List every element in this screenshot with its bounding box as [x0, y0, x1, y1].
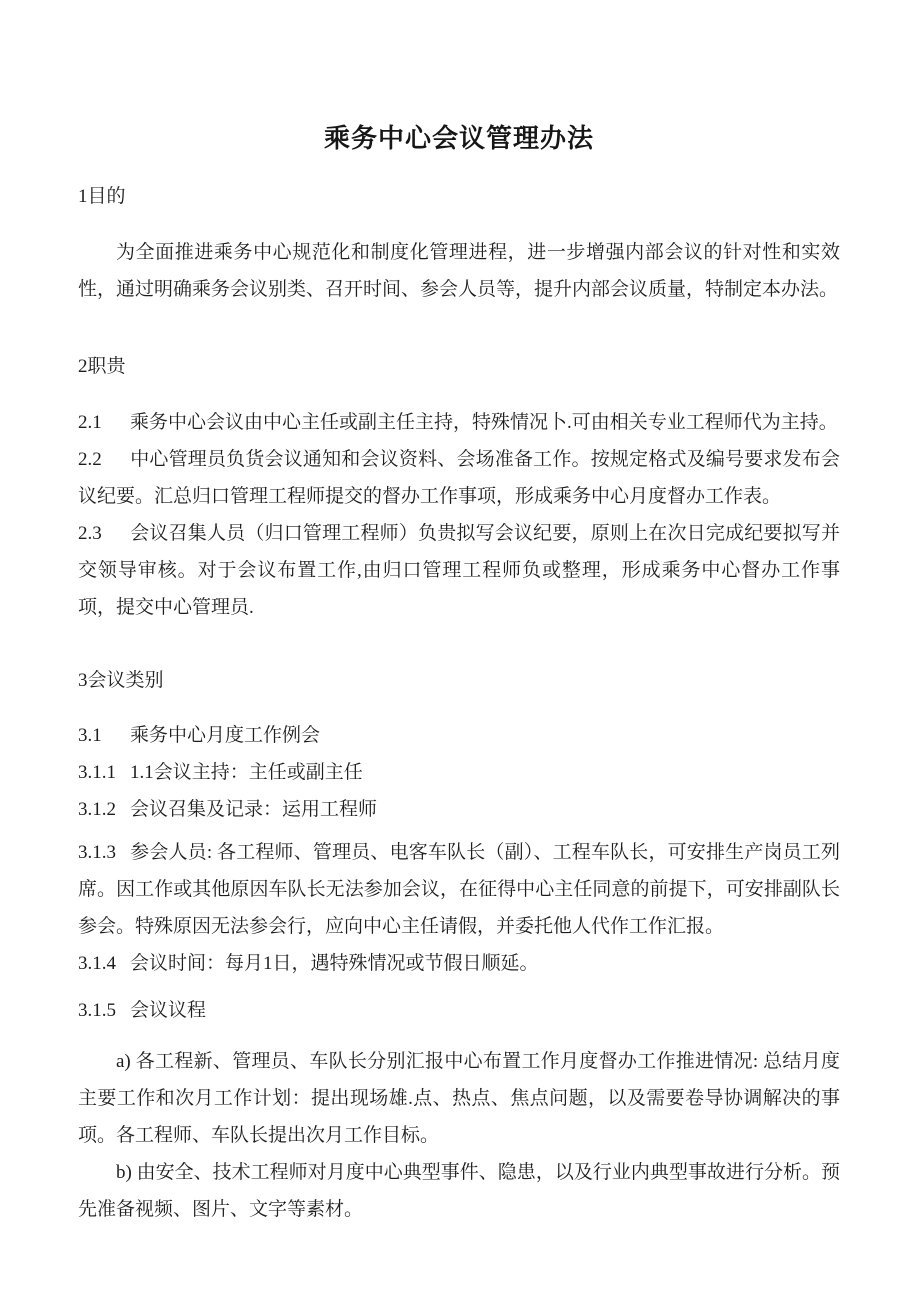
clause-number: 3.1.1 — [78, 754, 130, 791]
clause-text: 参会人员: 各工程师、管理员、电客车队长（副）、工程车队长，可安排生产岗员工列席… — [78, 842, 840, 937]
section-purpose: 1目的 为全面推进乘务中心规范化和制度化管理进程，进一步增强内部会议的针对性和实… — [78, 178, 840, 308]
clause-text: 1.1会议主持：主任或副主任 — [130, 762, 363, 783]
clause-number: 2.2 — [78, 441, 130, 478]
section-responsibilities: 2职贵 2.1乘务中心会议由中心主任或副主任主持，特殊情况卜.可由相关专业工程师… — [78, 348, 840, 626]
clause-text: 会议召集人员（归口管理工程师）负贵拟写会议纪要，原则上在次日完成纪要拟写并交领导… — [78, 523, 840, 618]
clause-text: 乘务中心月度工作例会 — [130, 725, 320, 746]
document-page: 乘务中心会议管理办法 1目的 为全面推进乘务中心规范化和制度化管理进程，进一步增… — [0, 0, 920, 1301]
section-heading-purpose: 1目的 — [78, 178, 840, 215]
clause-number: 3.1.5 — [78, 992, 130, 1029]
clause-3-1-4: 3.1.4会议时间：每月1日，遇特殊情况或节假日顺延。 — [78, 945, 840, 982]
clause-text: 中心管理员负货会议通知和会议资料、会场准备工作。按规定格式及编号要求发布会议纪要… — [78, 449, 840, 507]
clause-text: 会议召集及记录：运用工程师 — [130, 799, 377, 820]
clause-text: 乘务中心会议由中心主任或副主任主持，特殊情况卜.可由相关专业工程师代为主持。 — [130, 412, 838, 433]
list-paragraph-b: b) 由安全、技术工程师对月度中心典型事件、隐患，以及行业内典型事故进行分析。预… — [78, 1154, 840, 1228]
clause-number: 3.1.3 — [78, 834, 130, 871]
document-title: 乘务中心会议管理办法 — [78, 119, 840, 159]
clause-number: 2.1 — [78, 404, 130, 441]
clause-number: 2.3 — [78, 515, 130, 552]
clause-2-2: 2.2中心管理员负货会议通知和会议资料、会场准备工作。按规定格式及编号要求发布会… — [78, 441, 840, 515]
clause-number: 3.1.2 — [78, 791, 130, 828]
list-paragraph-a: a) 各工程新、管理员、车队长分别汇报中心布置工作月度督办工作推进情况: 总结月… — [78, 1043, 840, 1154]
clause-3-1: 3.1乘务中心月度工作例会 — [78, 717, 840, 754]
clause-3-1-3: 3.1.3参会人员: 各工程师、管理员、电客车队长（副）、工程车队长，可安排生产… — [78, 834, 840, 945]
body-paragraph: 为全面推进乘务中心规范化和制度化管理进程，进一步增强内部会议的针对性和实效性，通… — [78, 234, 840, 308]
section-meeting-types: 3会议类别 3.1乘务中心月度工作例会 3.1.11.1会议主持：主任或副主任 … — [78, 662, 840, 1228]
clause-3-1-5: 3.1.5会议议程 — [78, 992, 840, 1029]
clause-3-1-1: 3.1.11.1会议主持：主任或副主任 — [78, 754, 840, 791]
section-heading-responsibilities: 2职贵 — [78, 348, 840, 385]
clause-text: 会议议程 — [130, 1000, 206, 1021]
clause-number: 3.1 — [78, 717, 130, 754]
clause-number: 3.1.4 — [78, 945, 130, 982]
section-heading-meeting-types: 3会议类别 — [78, 662, 840, 699]
clause-3-1-2: 3.1.2会议召集及记录：运用工程师 — [78, 791, 840, 828]
clause-2-3: 2.3会议召集人员（归口管理工程师）负贵拟写会议纪要，原则上在次日完成纪要拟写并… — [78, 515, 840, 626]
clause-text: 会议时间：每月1日，遇特殊情况或节假日顺延。 — [130, 953, 539, 974]
clause-2-1: 2.1乘务中心会议由中心主任或副主任主持，特殊情况卜.可由相关专业工程师代为主持… — [78, 404, 840, 441]
